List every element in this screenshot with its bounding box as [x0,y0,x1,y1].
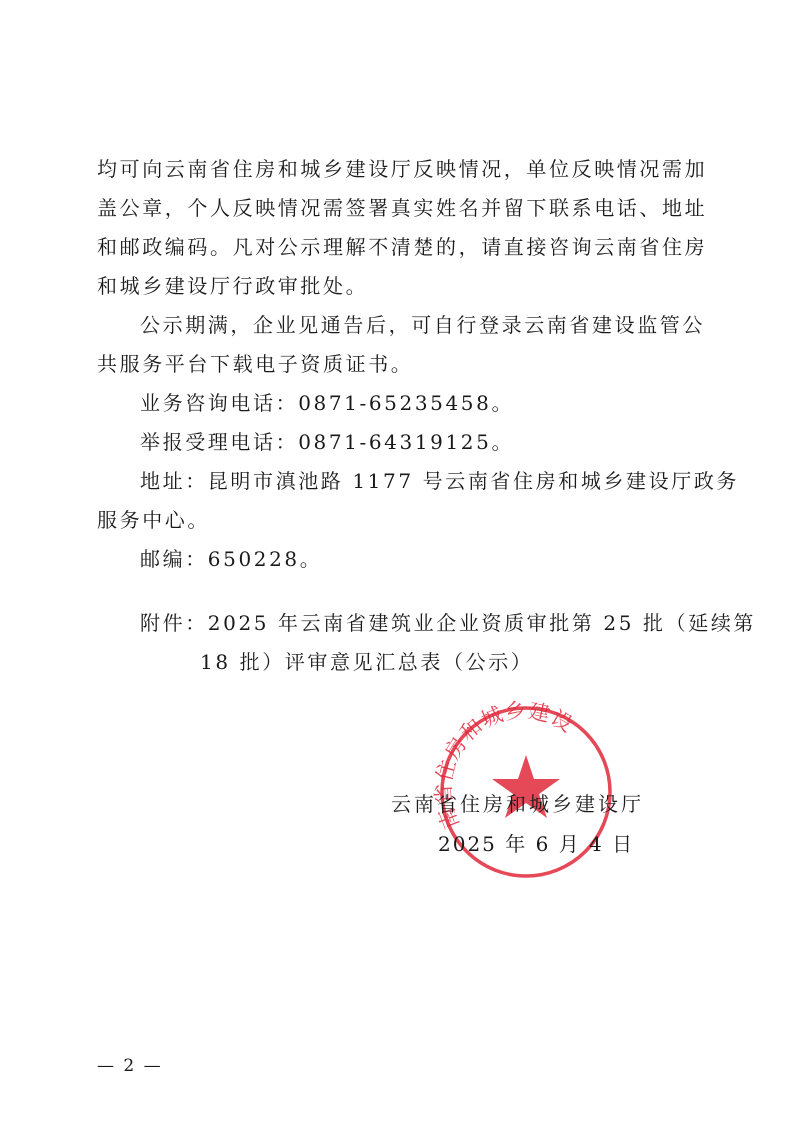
body-line: 均可向云南省住房和城乡建设厅反映情况，单位反映情况需加 [97,157,707,181]
attachment-line: 18 批）评审意见汇总表（公示） [200,650,533,674]
body-line: 共服务平台下载电子资质证书。 [97,352,413,376]
consult-phone: 业务咨询电话：0871-65235458。 [140,391,514,415]
issuer-name: 云南省住房和城乡建设厅 [391,792,644,816]
body-line: 和城乡建设厅行政审批处。 [97,274,368,298]
postcode: 邮编：650228。 [140,547,322,571]
issue-date: 2025 年 6 月 4 日 [438,832,634,856]
address: 地址：昆明市滇池路 1177 号云南省住房和城乡建设厅政务 [140,469,739,493]
body-line: 盖公章，个人反映情况需签署真实姓名并留下联系电话、地址 [97,196,707,220]
page-number: — 2 — [97,1055,163,1077]
body-line: 和邮政编码。凡对公示理解不清楚的，请直接咨询云南省住房 [97,235,707,259]
report-phone: 举报受理电话：0871-64319125。 [140,430,514,454]
body-line: 公示期满，企业见通告后，可自行登录云南省建设监管公 [140,313,705,337]
attachment-line: 附件：2025 年云南省建筑业企业资质审批第 25 批（延续第 [140,611,756,635]
address: 服务中心。 [97,508,210,532]
